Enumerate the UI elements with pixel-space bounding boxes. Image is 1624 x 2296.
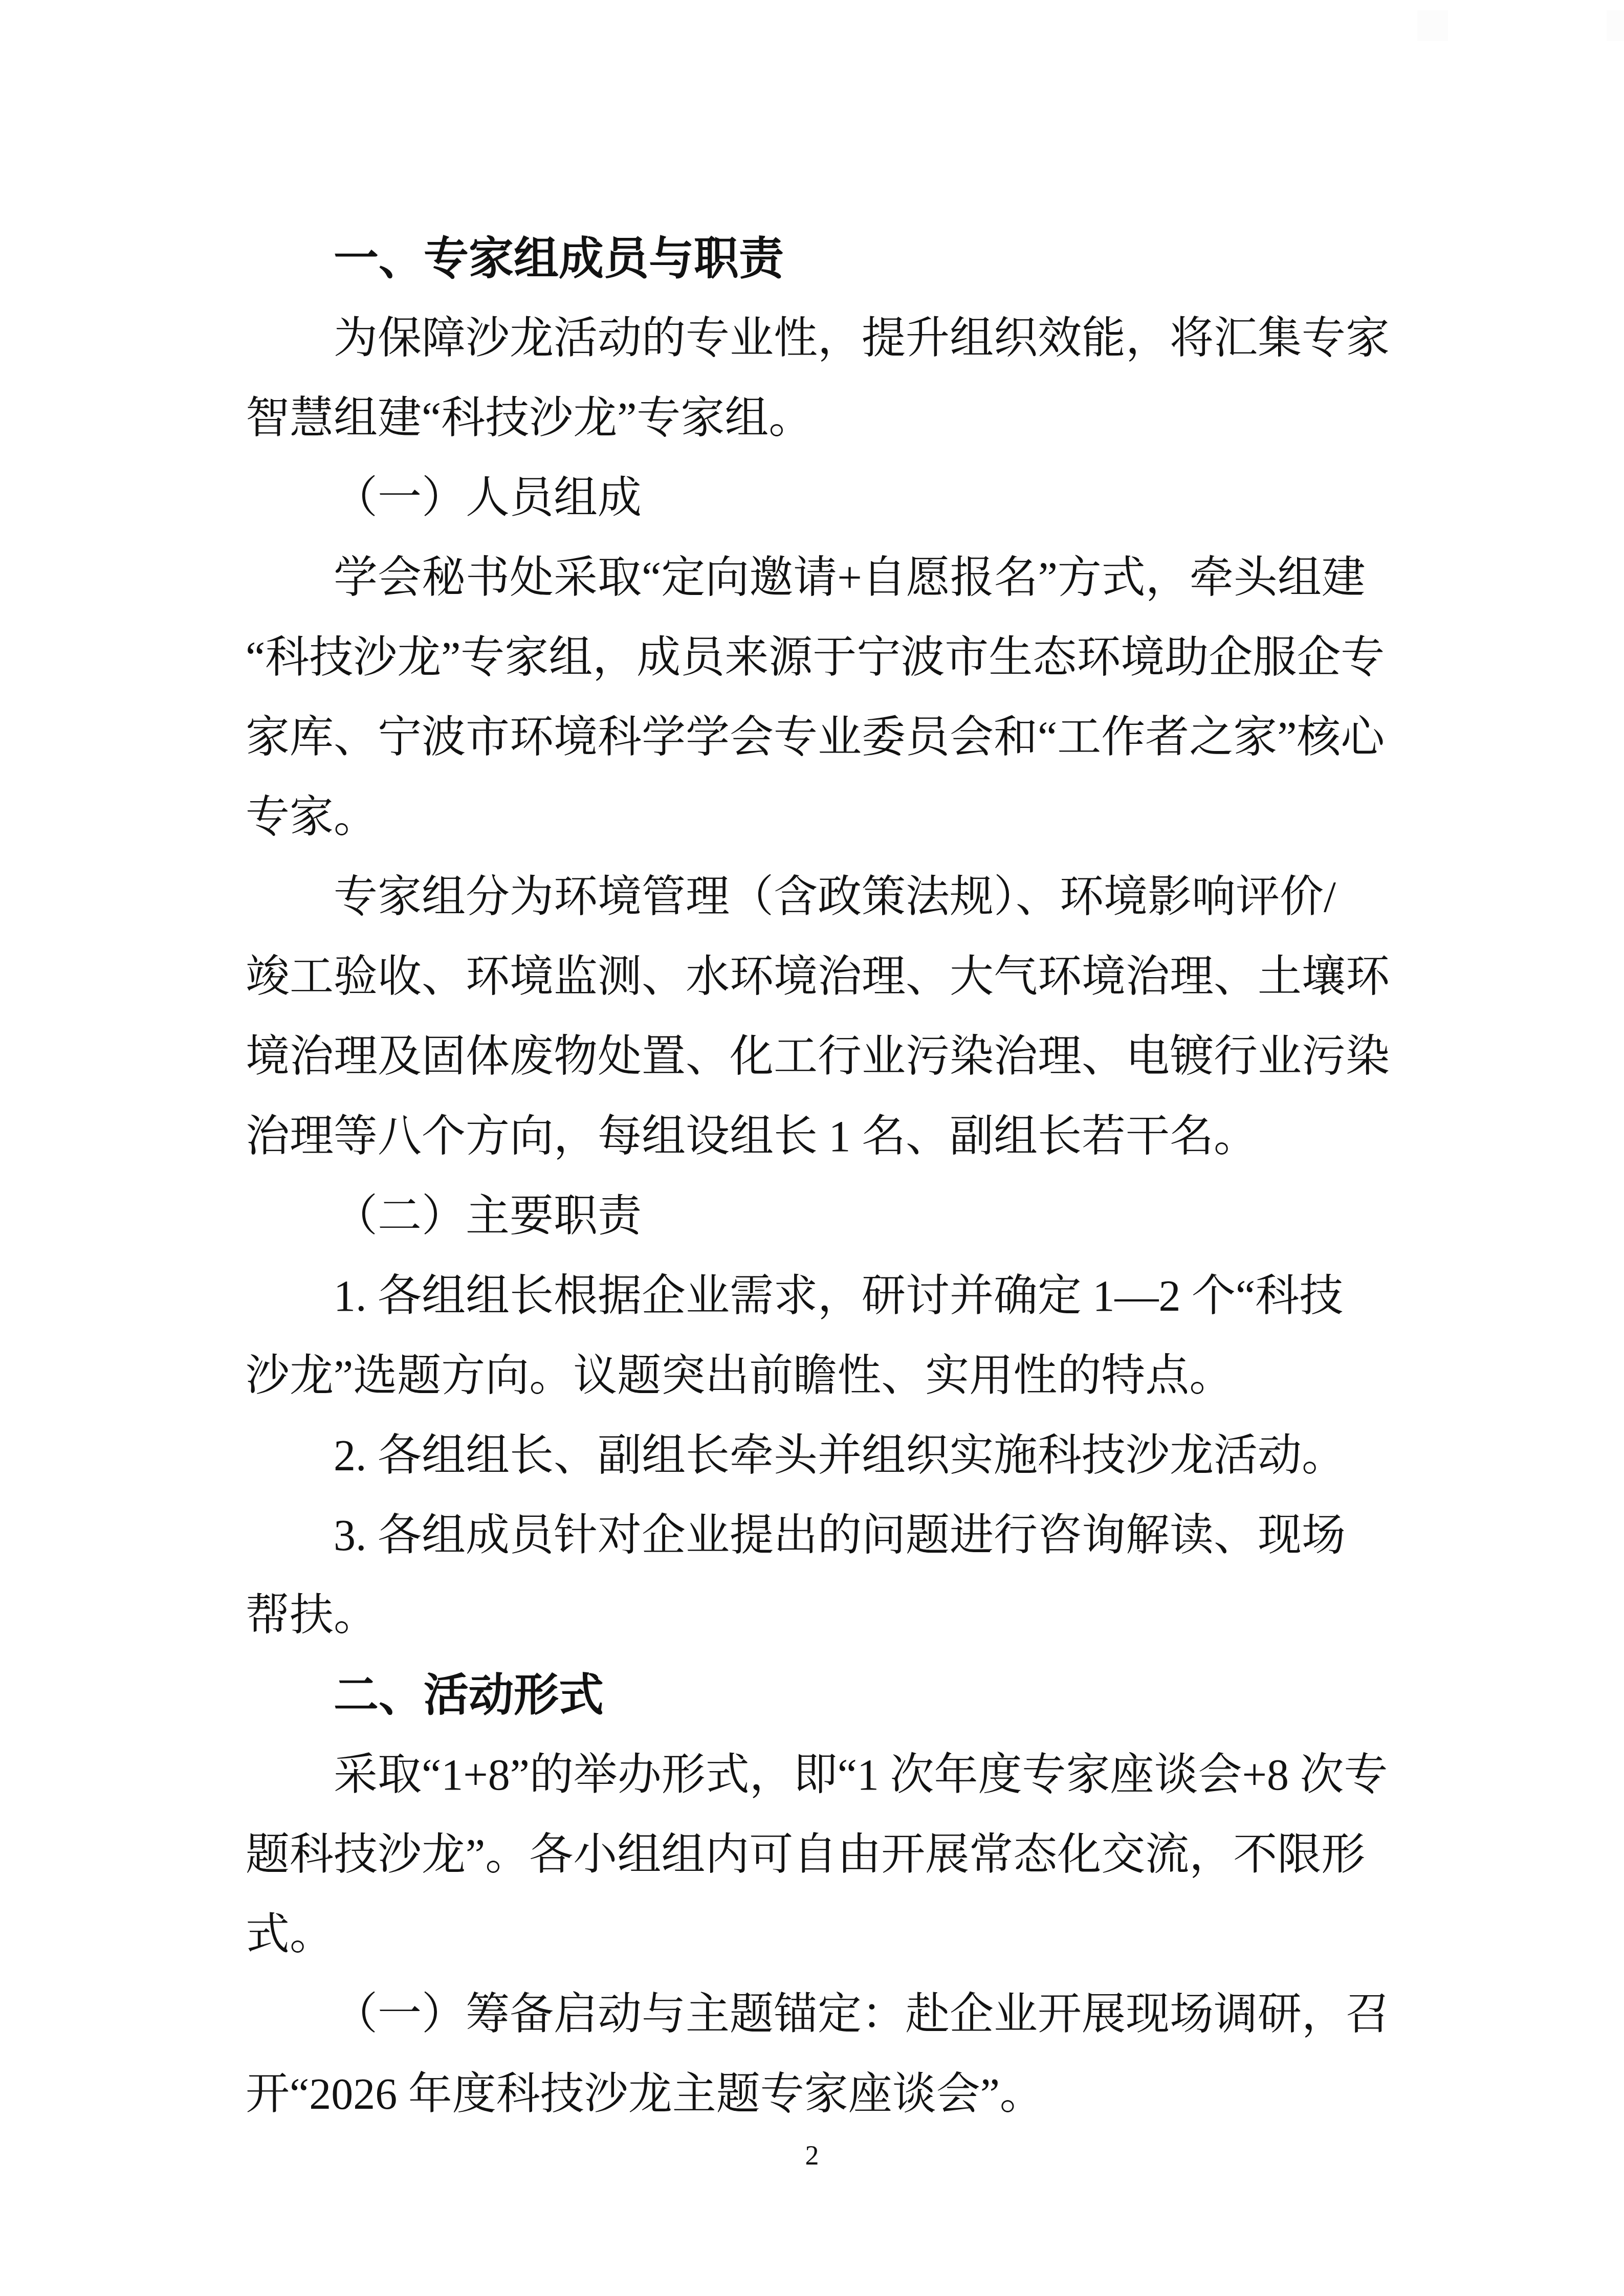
heading-line: 一、专家组成员与职责 (246, 218, 1387, 298)
text-line: 专家。 (246, 777, 1387, 857)
page-number: 2 (0, 2137, 1624, 2173)
text-line: 为保障沙龙活动的专业性，提升组织效能，将汇集专家 (246, 298, 1387, 378)
document-page: 一、专家组成员与职责为保障沙龙活动的专业性，提升组织效能，将汇集专家智慧组建“科… (0, 0, 1624, 2296)
text-line: 帮扶。 (246, 1575, 1387, 1655)
text-line: 智慧组建“科技沙龙”专家组。 (246, 378, 1387, 458)
text-line: 竣工验收、环境监测、水环境治理、大气环境治理、土壤环 (246, 937, 1387, 1017)
text-line: 题科技沙龙”。各小组组内可自由开展常态化交流，不限形 (246, 1815, 1387, 1894)
text-line: 式。 (246, 1894, 1387, 1974)
scan-artifact (1417, 10, 1448, 41)
text-line: （一）筹备启动与主题锚定：赴企业开展现场调研，召 (246, 1974, 1387, 2054)
text-line: 境治理及固体废物处置、化工行业污染治理、电镀行业污染 (246, 1017, 1387, 1096)
document-body: 一、专家组成员与职责为保障沙龙活动的专业性，提升组织效能，将汇集专家智慧组建“科… (246, 218, 1387, 2134)
heading-line: （一）人员组成 (246, 458, 1387, 538)
text-line: 开“2026 年度科技沙龙主题专家座谈会”。 (246, 2054, 1387, 2134)
text-line: “科技沙龙”专家组，成员来源于宁波市生态环境助企服企专 (246, 617, 1387, 697)
heading-line: （二）主要职责 (246, 1176, 1387, 1256)
text-line: 3. 各组成员针对企业提出的问题进行咨询解读、现场 (246, 1495, 1387, 1575)
text-line: 专家组分为环境管理（含政策法规）、环境影响评价/ (246, 857, 1387, 937)
text-line: 沙龙”选题方向。议题突出前瞻性、实用性的特点。 (246, 1336, 1387, 1416)
text-line: 学会秘书处采取“定向邀请+自愿报名”方式，牵头组建 (246, 538, 1387, 617)
heading-line: 二、活动形式 (246, 1655, 1387, 1735)
text-line: 2. 各组组长、副组长牵头并组织实施科技沙龙活动。 (246, 1416, 1387, 1495)
text-line: 家库、宁波市环境科学学会专业委员会和“工作者之家”核心 (246, 697, 1387, 777)
text-line: 采取“1+8”的举办形式，即“1 次年度专家座谈会+8 次专 (246, 1735, 1387, 1815)
text-line: 治理等八个方向，每组设组长 1 名、副组长若干名。 (246, 1096, 1387, 1176)
scan-artifact (1607, 10, 1624, 41)
text-line: 1. 各组组长根据企业需求，研讨并确定 1—2 个“科技 (246, 1256, 1387, 1336)
